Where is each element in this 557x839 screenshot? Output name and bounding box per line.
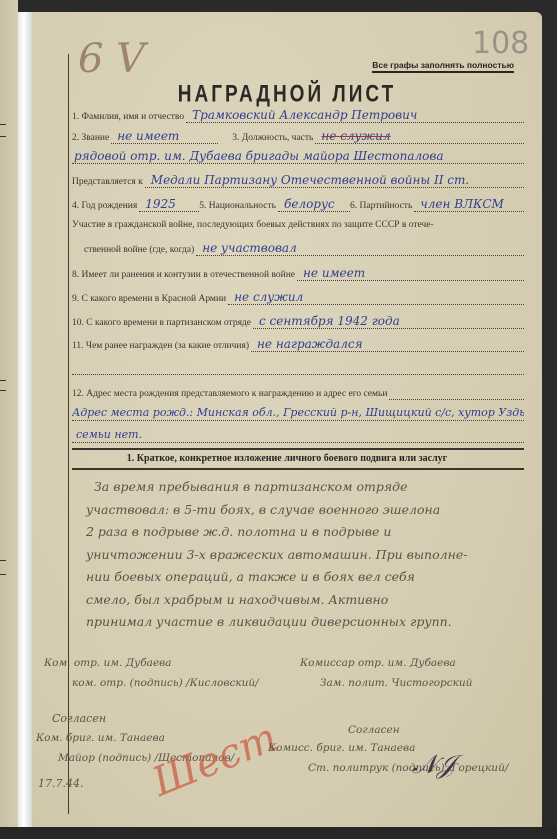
empty-fill-line [72, 360, 524, 375]
binder-tick [0, 124, 6, 125]
field-value: Медали Партизану Отечественной войны II … [145, 173, 524, 188]
field-value: Адрес места рожд.: Минская обл., Гресски… [72, 406, 524, 421]
margin-rule [68, 54, 69, 814]
field-partisan-since: 10. С какого времени в партизанском отря… [72, 314, 524, 329]
field-label: 12. Адрес места рождения представляемого… [72, 388, 389, 400]
field-label: 8. Имеет ли ранения и контузии в отечест… [72, 269, 297, 281]
field-label: ственной войне (где, когда) [84, 244, 196, 256]
field-label: 3. Должность, часть [218, 132, 315, 144]
detachment-commander-signature: ком. отр. (подпись) /Кисловский/ [72, 677, 259, 689]
binder-tick [0, 380, 6, 381]
field-label: Участие в гражданской войне, последующих… [72, 219, 436, 231]
field-previous-awards: 11. Чем ранее награжден (за какие отличи… [72, 337, 524, 352]
section-divider [72, 448, 524, 450]
agreed-right: Согласен [348, 724, 400, 736]
brigade-commander-title: Ком. бриг. им. Танаева [36, 732, 165, 744]
field-label: 11. Чем ранее награжден (за какие отличи… [72, 340, 251, 352]
field-represented-for: Представляется к Медали Партизану Отечес… [72, 173, 524, 188]
merit-line: смело, был храбрым и находчивым. Активно [86, 589, 522, 612]
brigade-commissar-title: Комисс. бриг. им. Танаева [268, 742, 415, 754]
section-divider [72, 468, 524, 470]
field-address-label: 12. Адрес места рождения представляемого… [72, 385, 524, 400]
award-sheet: 6 V 108 Все графы заполнять полностью НА… [32, 12, 542, 827]
binder-tick [0, 560, 6, 561]
field-label: 5. Национальность [199, 200, 278, 212]
instructions-note: Все графы заполнять полностью [372, 60, 514, 73]
detachment-commander-title: Ком. отр. им. Дубаева [44, 657, 172, 669]
field-value: не имеет [297, 266, 524, 281]
field-value: не участвовал [196, 241, 524, 256]
section-heading: 1. Краткое, конкретное изложение личного… [32, 453, 542, 464]
field-value: белорус [278, 197, 350, 212]
field-value: 1925 [139, 197, 199, 212]
field-value: член ВЛКСМ [414, 197, 524, 212]
field-full-name: 1. Фамилия, имя и отчество Трамковский А… [72, 108, 524, 123]
field-participation-label: Участие в гражданской войне, последующих… [72, 219, 524, 231]
field-value: не награждался [251, 337, 524, 352]
merit-description: За время пребывания в партизанском отряд… [94, 476, 522, 634]
empty-fill-line [389, 385, 524, 400]
scan-background [0, 827, 557, 839]
document-title: НАГРАДНОЙ ЛИСТ [32, 81, 542, 109]
field-birth-nationality-party: 4. Год рождения 1925 5. Национальность б… [72, 197, 524, 212]
field-value: не имеет [111, 129, 218, 144]
field-value: с сентября 1942 года [253, 314, 524, 329]
field-value-struck: не служил [315, 129, 524, 144]
page-spine [18, 12, 32, 827]
field-red-army-since: 9. С какого времени в Красной Армии не с… [72, 290, 524, 305]
field-participation: ственной войне (где, когда) не участвова… [84, 241, 524, 256]
merit-line: участвовал: в 5-ти боях, в случае военно… [86, 499, 522, 522]
field-label: Представляется к [72, 176, 145, 188]
field-label: 4. Год рождения [72, 200, 139, 212]
handwritten-signature-flourish: 𝒩𝒥 [412, 750, 455, 781]
red-pencil-signature: Шест [146, 714, 283, 805]
field-value: семьи нет. [72, 428, 524, 443]
detachment-commissar-signature: Зам. полит. Чистогорский [320, 677, 472, 689]
binder-tick [0, 574, 6, 575]
merit-line: принимал участие в ликвидации диверсионн… [86, 611, 522, 634]
field-position-continued: рядовой отр. им. Дубаева бригады майора … [72, 149, 524, 164]
field-label: 6. Партийность [350, 200, 414, 212]
pencil-corner-mark: 6 V [78, 36, 145, 82]
merit-line: За время пребывания в партизанском отряд… [94, 476, 522, 499]
archive-number: 108 [472, 26, 529, 61]
field-value: рядовой отр. им. Дубаева бригады майора … [72, 149, 524, 164]
brigade-commissar-signature: Ст. политрук (подпись) /Горецкий/ [308, 762, 508, 774]
field-value: Трамковский Александр Петрович [186, 108, 524, 123]
merit-line: уничтожении 3-х вражеских автомашин. При… [86, 544, 522, 567]
binder-tick [0, 390, 6, 391]
merit-line: 2 раза в подрыве ж.д. полотна и в подрыв… [86, 521, 522, 544]
signing-date: 17.7.44. [38, 777, 83, 790]
agreed-left: Согласен [52, 712, 106, 725]
binder-tick [0, 136, 6, 137]
field-value: не служил [228, 290, 524, 305]
binder-edge [0, 0, 18, 839]
field-label: 10. С какого времени в партизанском отря… [72, 317, 253, 329]
blank-line [72, 360, 524, 375]
merit-line: нии боевых операций, а также и в боях ве… [86, 566, 522, 589]
field-wounds: 8. Имеет ли ранения и контузии в отечест… [72, 266, 524, 281]
field-label: 9. С какого времени в Красной Армии [72, 293, 228, 305]
field-address: Адрес места рожд.: Минская обл., Гресски… [72, 406, 524, 421]
field-rank-position: 2. Звание не имеет 3. Должность, часть н… [72, 129, 524, 144]
field-label: 1. Фамилия, имя и отчество [72, 111, 186, 123]
field-address-continued: семьи нет. [72, 428, 524, 443]
detachment-commissar-title: Комиссар отр. им. Дубаева [300, 657, 456, 669]
field-label: 2. Звание [72, 132, 111, 144]
